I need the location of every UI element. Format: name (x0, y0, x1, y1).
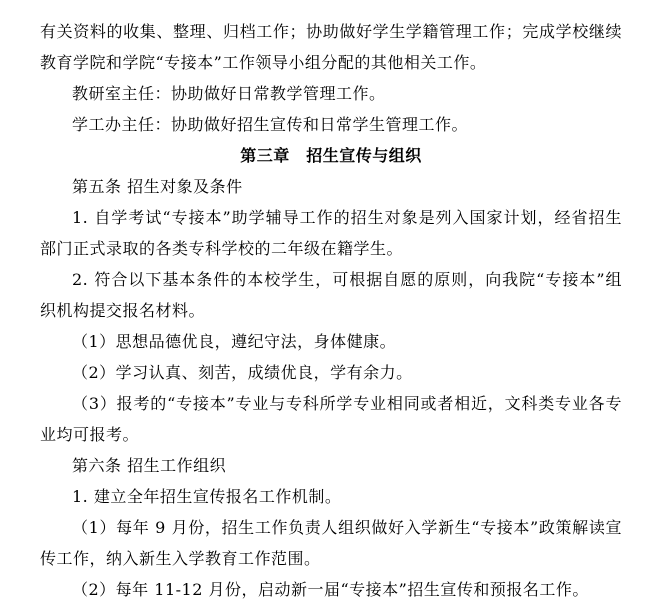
clause-5-condition-3: （3）报考的“专接本”专业与专科所学专业相同或者相近，文科类专业各专业均可报考。 (40, 388, 622, 450)
paragraph-teaching-office-director: 教研室主任：协助做好日常教学管理工作。 (40, 78, 622, 109)
clause-5-item-2: 2. 符合以下基本条件的本校学生，可根据自愿的原则，向我院“专接本”组织机构提交… (40, 264, 622, 326)
clause-5-item-1: 1. 自学考试“专接本”助学辅导工作的招生对象是列入国家计划，经省招生部门正式录… (40, 202, 622, 264)
chapter-3-heading: 第三章 招生宣传与组织 (40, 140, 622, 171)
document-page: 有关资料的收集、整理、归档工作；协助做好学生学籍管理工作；完成学校继续教育学院和… (0, 0, 658, 607)
paragraph-student-affairs-director: 学工办主任：协助做好招生宣传和日常学生管理工作。 (40, 109, 622, 140)
clause-5-condition-2: （2）学习认真、刻苦，成绩优良，学有余力。 (40, 357, 622, 388)
clause-5-title: 第五条 招生对象及条件 (40, 171, 622, 202)
clause-6-title: 第六条 招生工作组织 (40, 450, 622, 481)
clause-5-condition-1: （1）思想品德优良，遵纪守法，身体健康。 (40, 326, 622, 357)
clause-6-sub-2: （2）每年 11-12 月份，启动新一届“专接本”招生宣传和预报名工作。 (40, 574, 622, 605)
clause-6-sub-1: （1）每年 9 月份，招生工作负责人组织做好入学新生“专接本”政策解读宣传工作，… (40, 512, 622, 574)
clause-6-item-1: 1. 建立全年招生宣传报名工作机制。 (40, 481, 622, 512)
paragraph-other-duties: 有关资料的收集、整理、归档工作；协助做好学生学籍管理工作；完成学校继续教育学院和… (40, 16, 622, 78)
